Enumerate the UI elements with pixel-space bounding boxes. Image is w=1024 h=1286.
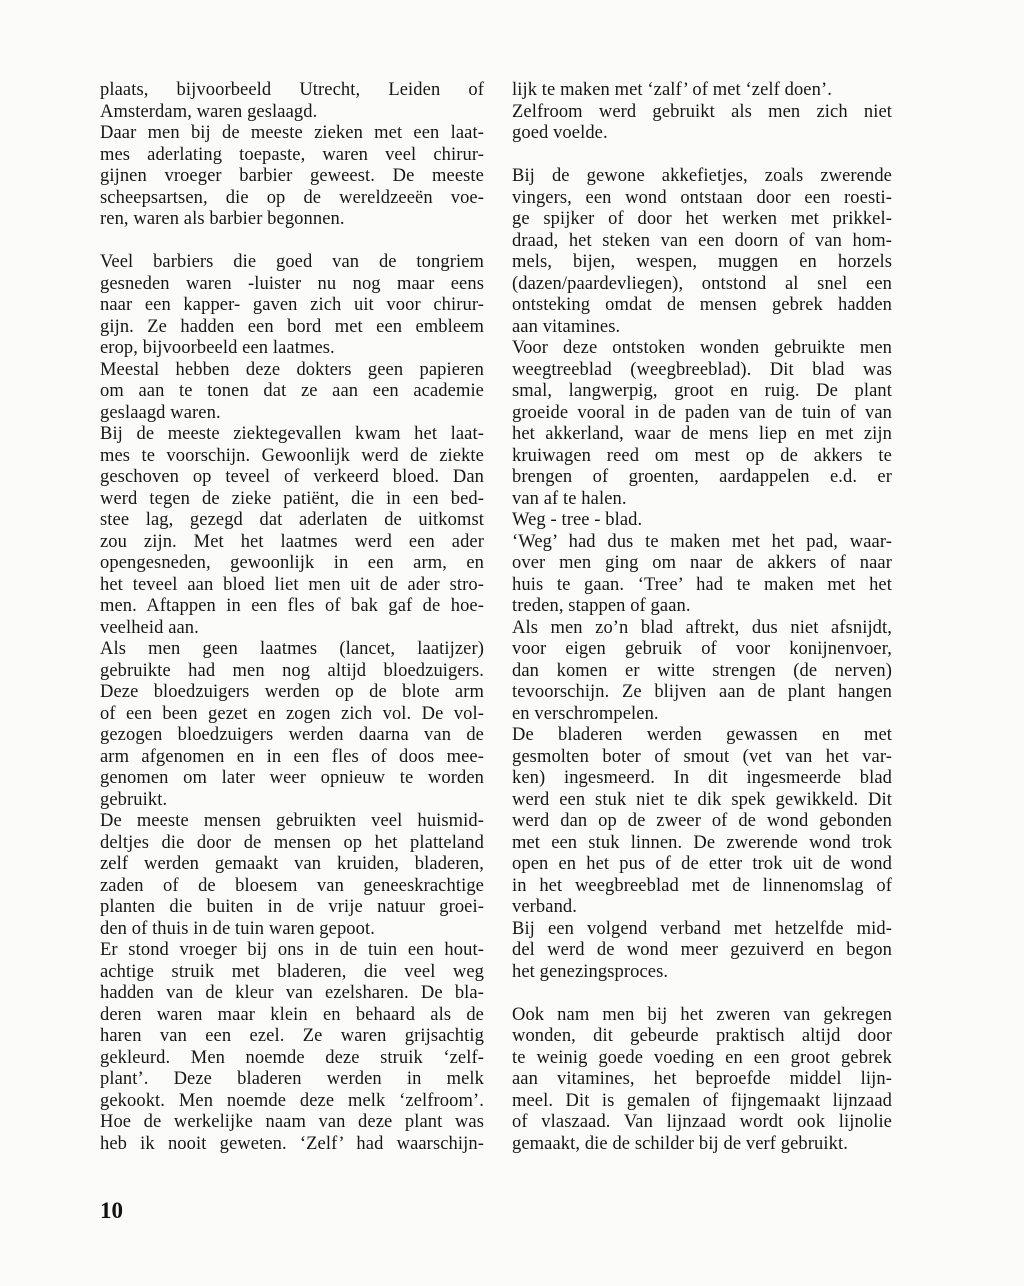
text-line: plaats, bijvoorbeeld Utrecht, Leiden of — [100, 80, 484, 102]
text-line: gezogen bloedzuigers werden daarna van d… — [100, 725, 484, 747]
text-line: het genezingsproces. — [512, 962, 892, 984]
text-line: werd een stuk niet te dik spek gewikkeld… — [512, 790, 892, 812]
text-line: Deze bloedzuigers werden op de blote arm — [100, 682, 484, 704]
text-line: Meestal hebben deze dokters geen papiere… — [100, 360, 484, 382]
text-line: del werd de wond meer gezuiverd en begon — [512, 940, 892, 962]
text-line: gijn. Ze hadden een bord met een embleem — [100, 317, 484, 339]
text-line: Daar men bij de meeste zieken met een la… — [100, 123, 484, 145]
text-line: erop, bijvoorbeeld een laatmes. — [100, 338, 484, 360]
text-line: het teveel aan bloed liet men uit de ade… — [100, 575, 484, 597]
text-line: Bij de gewone akkefietjes, zoals zwerend… — [512, 166, 892, 188]
text-line: gesneden waren -luister nu nog maar eens — [100, 274, 484, 296]
text-line: veelheid aan. — [100, 618, 484, 640]
text-line: Als men zo’n blad aftrekt, dus niet afsn… — [512, 618, 892, 640]
text-line: zaden of de bloesem van geneeskrachtige — [100, 876, 484, 898]
text-line: verband. — [512, 897, 892, 919]
text-line: geslaagd waren. — [100, 403, 484, 425]
text-line: haren van een ezel. Ze waren grijsachtig — [100, 1026, 484, 1048]
text-line: gebruikt. — [100, 790, 484, 812]
text-line: Amsterdam, waren geslaagd. — [100, 102, 484, 124]
text-line: men. Aftappen in een fles of bak gaf de … — [100, 596, 484, 618]
paragraph-gap — [512, 145, 892, 167]
text-line: den of thuis in de tuin waren gepoot. — [100, 919, 484, 941]
text-line: De bladeren werden gewassen en met — [512, 725, 892, 747]
text-line: of een been gezet en zogen zich vol. De … — [100, 704, 484, 726]
text-line: zou zijn. Met het laatmes werd een ader — [100, 532, 484, 554]
text-line: deltjes die door de mensen op het platte… — [100, 833, 484, 855]
text-line: zelf werden gemaakt van kruiden, bladere… — [100, 854, 484, 876]
text-line: werd tegen de zieke patiënt, die in een … — [100, 489, 484, 511]
text-line: kruiwagen reed om mest op de akkers te — [512, 446, 892, 468]
text-line: werd dan op de zweer of de wond gebonden — [512, 811, 892, 833]
text-line: Voor deze ontstoken wonden gebruikte men — [512, 338, 892, 360]
text-line: gekookt. Men noemde deze melk ‘zelfroom’… — [100, 1091, 484, 1113]
text-line: groeide vooral in de paden van de tuin o… — [512, 403, 892, 425]
text-line: gemaakt, die de schilder bij de verf geb… — [512, 1134, 892, 1156]
text-line: tevoorschijn. Ze blijven aan de plant ha… — [512, 682, 892, 704]
text-line: scheepsartsen, die op de wereldzeeën voe… — [100, 188, 484, 210]
text-line: voor eigen gebruik of voor konijnenvoer, — [512, 639, 892, 661]
text-column-right: lijk te maken met ‘zalf’ of met ‘zelf do… — [512, 80, 892, 1155]
text-line: of vlaszaad. Van lijnzaad wordt ook lijn… — [512, 1112, 892, 1134]
text-line: ontsteking omdat de mensen gebrek hadden — [512, 295, 892, 317]
text-line: aan vitamines. — [512, 317, 892, 339]
text-line: Bij een volgend verband met hetzelfde mi… — [512, 919, 892, 941]
text-line: gesmolten boter of smout (vet van het va… — [512, 747, 892, 769]
text-line: om aan te tonen dat ze aan een academie — [100, 381, 484, 403]
paragraph-gap — [100, 231, 484, 253]
text-line: mes aderlating toepaste, waren veel chir… — [100, 145, 484, 167]
text-line: (dazen/paardevliegen), ontstond al snel … — [512, 274, 892, 296]
paragraph-gap — [512, 983, 892, 1005]
text-line: in het weegbreeblad met de linnenomslag … — [512, 876, 892, 898]
text-line: vingers, een wond ontstaan door een roes… — [512, 188, 892, 210]
text-line: gekleurd. Men noemde deze struik ‘zelf- — [100, 1048, 484, 1070]
text-line: en verschrompelen. — [512, 704, 892, 726]
text-line: meel. Dit is gemalen of fijngemaakt lijn… — [512, 1091, 892, 1113]
text-line: gijnen vroeger barbier geweest. De meest… — [100, 166, 484, 188]
text-line: Ook nam men bij het zweren van gekregen — [512, 1005, 892, 1027]
text-line: arm afgenomen en in een fles of doos mee… — [100, 747, 484, 769]
text-line: Er stond vroeger bij ons in de tuin een … — [100, 940, 484, 962]
text-line: achtige struik met bladeren, die veel we… — [100, 962, 484, 984]
text-line: over men ging om naar de akkers of naar — [512, 553, 892, 575]
text-line: gebruikte had men nog altijd bloedzuiger… — [100, 661, 484, 683]
text-line: Zelfroom werd gebruikt als men zich niet — [512, 102, 892, 124]
text-line: ‘Weg’ had dus te maken met het pad, waar… — [512, 532, 892, 554]
text-line: treden, stappen of gaan. — [512, 596, 892, 618]
text-line: opengesneden, gewoonlijk in een arm, en — [100, 553, 484, 575]
text-line: van af te halen. — [512, 489, 892, 511]
text-line: open en het pus of de etter trok uit de … — [512, 854, 892, 876]
text-line: te weinig goede voeding en een groot geb… — [512, 1048, 892, 1070]
text-line: huis te gaan. ‘Tree’ had te maken met he… — [512, 575, 892, 597]
text-line: draad, het steken van een doorn of van h… — [512, 231, 892, 253]
text-line: wonden, dit gebeurde praktisch altijd do… — [512, 1026, 892, 1048]
text-line: Veel barbiers die goed van de tongriem — [100, 252, 484, 274]
text-line: mes te voorschijn. Gewoonlijk werd de zi… — [100, 446, 484, 468]
text-line: Bij de meeste ziektegevallen kwam het la… — [100, 424, 484, 446]
text-line: stee lag, gezegd dat aderlaten de uitkom… — [100, 510, 484, 532]
text-line: ge spijker of door het werken met prikke… — [512, 209, 892, 231]
book-page: plaats, bijvoorbeeld Utrecht, Leiden ofA… — [0, 0, 1024, 1286]
text-line: ren, waren als barbier begonnen. — [100, 209, 484, 231]
text-line: Weg - tree - blad. — [512, 510, 892, 532]
text-line: hadden van de kleur van ezelsharen. De b… — [100, 983, 484, 1005]
text-line: deren waren maar klein en behaard als de — [100, 1005, 484, 1027]
text-line: mels, bijen, wespen, muggen en horzels — [512, 252, 892, 274]
text-line: weegtreeblad (weegbreeblad). Dit blad wa… — [512, 360, 892, 382]
text-line: Hoe de werkelijke naam van deze plant wa… — [100, 1112, 484, 1134]
text-line: heb ik nooit geweten. ‘Zelf’ had waarsch… — [100, 1134, 484, 1156]
text-line: plant’. Deze bladeren werden in melk — [100, 1069, 484, 1091]
text-column-left: plaats, bijvoorbeeld Utrecht, Leiden ofA… — [100, 80, 484, 1155]
text-line: brengen of groenten, aardappelen e.d. er — [512, 467, 892, 489]
text-line: lijk te maken met ‘zalf’ of met ‘zelf do… — [512, 80, 892, 102]
text-line: ken) ingesmeerd. In dit ingesmeerde blad — [512, 768, 892, 790]
text-line: genomen om later weer opnieuw te worden — [100, 768, 484, 790]
page-number: 10 — [100, 1198, 123, 1224]
text-line: naar een kapper- gaven zich uit voor chi… — [100, 295, 484, 317]
text-line: dan komen er witte strengen (de nerven) — [512, 661, 892, 683]
text-line: het akkerland, waar de mens liep en met … — [512, 424, 892, 446]
text-line: smal, langwerpig, groot en ruig. De plan… — [512, 381, 892, 403]
text-line: met een stuk linnen. De zwerende wond tr… — [512, 833, 892, 855]
text-line: De meeste mensen gebruikten veel huismid… — [100, 811, 484, 833]
text-line: planten die buiten in de vrije natuur gr… — [100, 897, 484, 919]
text-line: aan vitamines, het beproefde middel lijn… — [512, 1069, 892, 1091]
text-line: goed voelde. — [512, 123, 892, 145]
text-line: geschoven op teveel of verkeerd bloed. D… — [100, 467, 484, 489]
text-line: Als men geen laatmes (lancet, laatijzer) — [100, 639, 484, 661]
